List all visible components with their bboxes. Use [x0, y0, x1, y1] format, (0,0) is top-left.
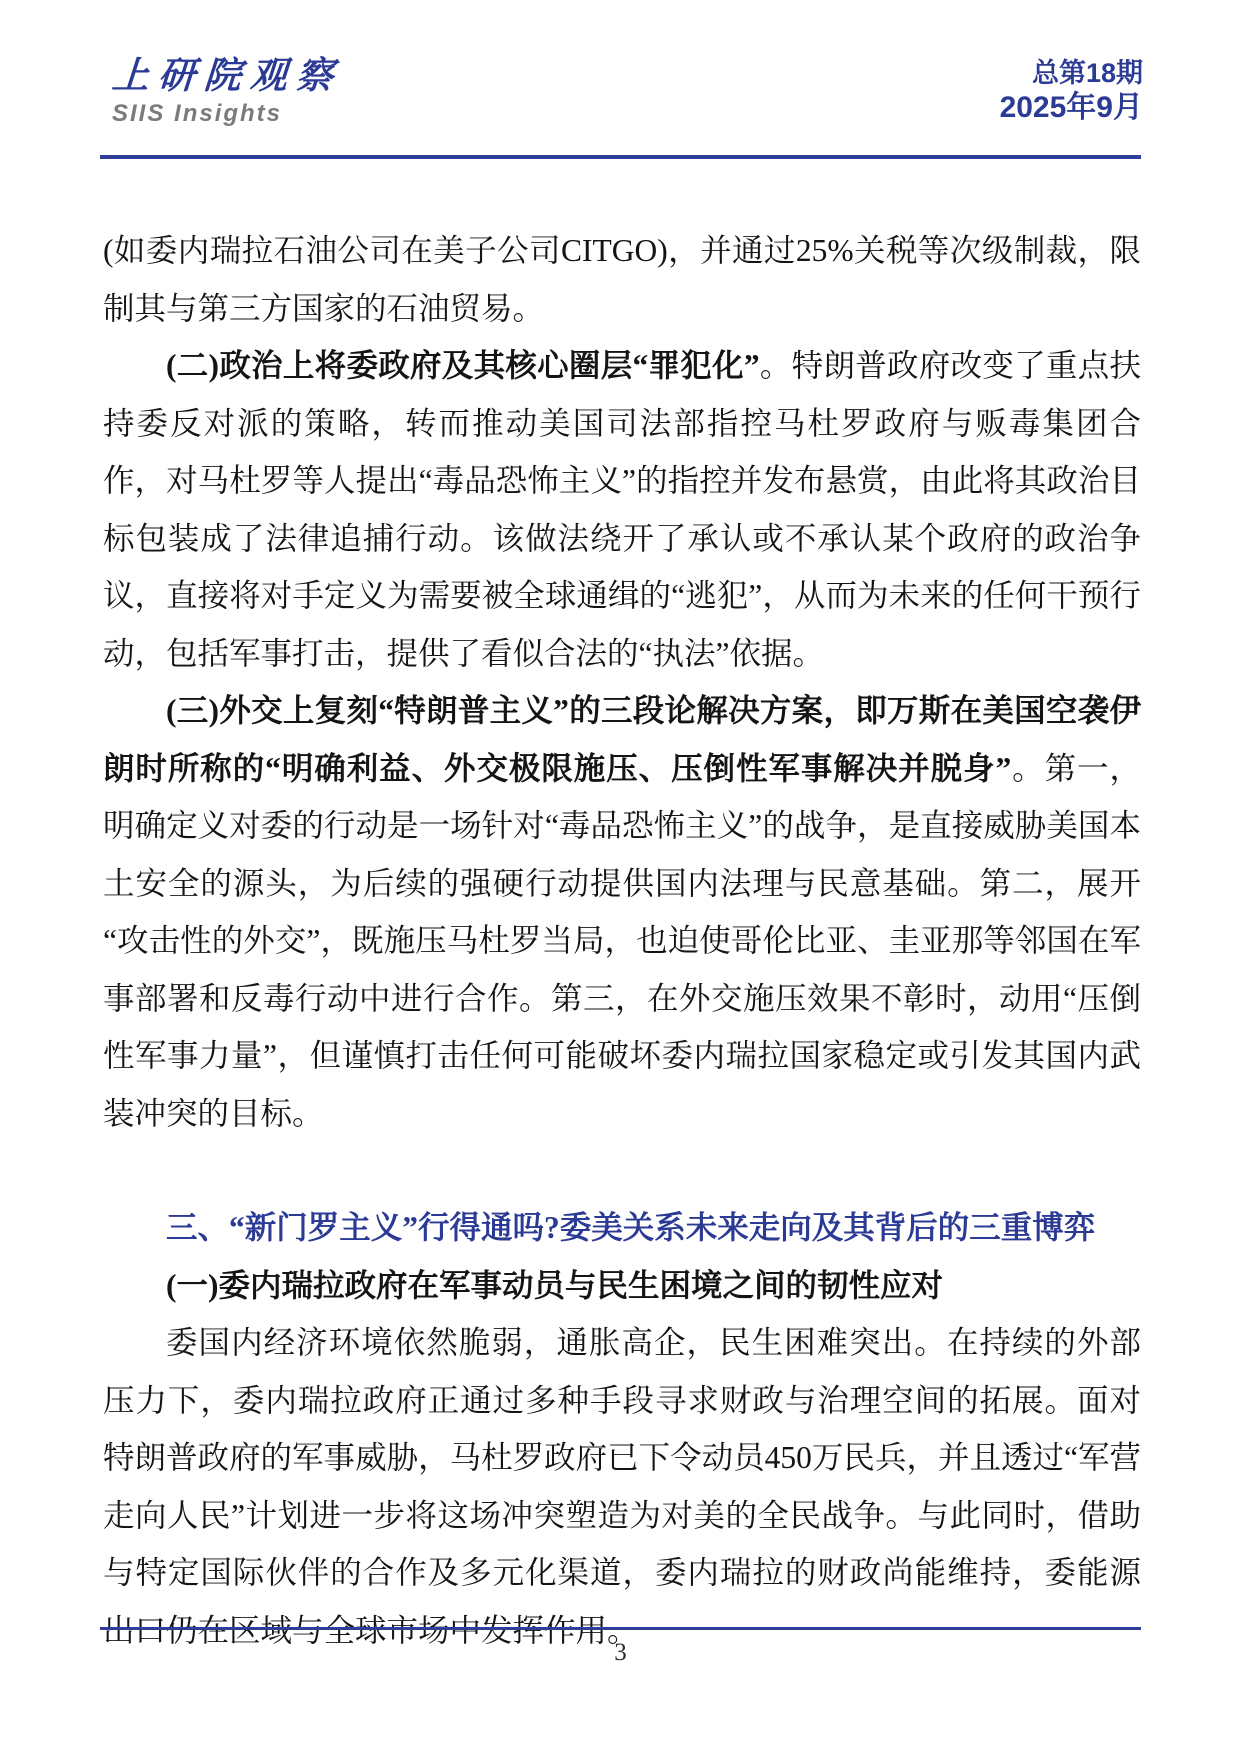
paragraph-section-2: (二)政治上将委政府及其核心圈层“罪犯化”。特朗普政府改变了重点扶持委反对派的策…	[103, 337, 1141, 682]
paragraph-section-4: 委国内经济环境依然脆弱，通胀高企，民生困难突出。在持续的外部压力下，委内瑞拉政府…	[103, 1314, 1141, 1659]
paragraph-3-text: 。第一，明确定义对委的行动是一场针对“毒品恐怖主义”的战争，是直接威胁美国本土安…	[103, 751, 1141, 1131]
paragraph-3-bold-lead: (三)外交上复刻“特朗普主义”的三段论解决方案，即万斯在美国空袭伊朗时所称的“明…	[103, 693, 1141, 786]
document-page: 上研院观察 SIIS Insights 总第18期 2025年9月 (如委内瑞拉…	[0, 0, 1241, 1754]
page-number: 3	[0, 1639, 1241, 1667]
publication-logo: 上研院观察 SIIS Insights	[112, 56, 342, 128]
footer-divider-rule	[100, 1627, 1141, 1630]
paragraph-continuation: (如委内瑞拉石油公司在美子公司CITGO)，并通过25%关税等次级制裁，限制其与…	[103, 222, 1141, 337]
issue-number: 总第18期	[1000, 56, 1143, 90]
sub-heading: (一)委内瑞拉政府在军事动员与民生困境之间的韧性应对	[103, 1257, 1141, 1315]
paragraph-2-text: 。特朗普政府改变了重点扶持委反对派的策略，转而推动美国司法部指控马杜罗政府与贩毒…	[103, 348, 1141, 671]
paragraph-section-3: (三)外交上复刻“特朗普主义”的三段论解决方案，即万斯在美国空袭伊朗时所称的“明…	[103, 682, 1141, 1142]
page-header: 上研院观察 SIIS Insights 总第18期 2025年9月	[112, 56, 1143, 128]
issue-info: 总第18期 2025年9月	[1000, 56, 1143, 126]
section-heading-blue: 三、“新门罗主义”行得通吗?委美关系未来走向及其背后的三重博弈	[103, 1199, 1141, 1257]
logo-chinese-title: 上研院观察	[111, 56, 344, 99]
logo-english-title: SIIS Insights	[112, 100, 342, 128]
document-body: (如委内瑞拉石油公司在美子公司CITGO)，并通过25%关税等次级制裁，限制其与…	[103, 222, 1141, 1659]
issue-date: 2025年9月	[1000, 90, 1143, 126]
paragraph-2-bold-lead: (二)政治上将委政府及其核心圈层“罪犯化”	[166, 348, 760, 383]
header-divider-rule	[100, 155, 1141, 159]
